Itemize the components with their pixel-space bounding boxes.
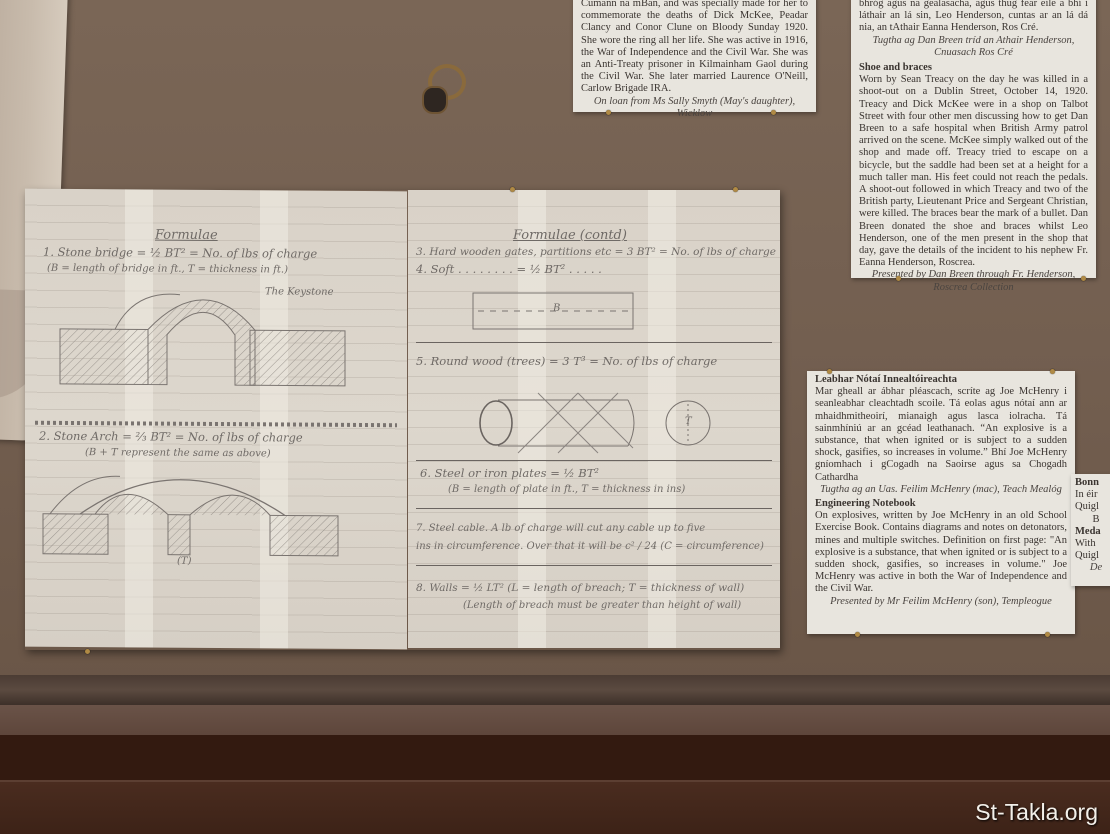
- watermark: St-Takla.org: [975, 799, 1098, 826]
- section-divider: [416, 342, 772, 345]
- partial-line: Meda: [1075, 526, 1110, 538]
- shoe-credit-2: Roscrea Collection: [859, 282, 1088, 294]
- ring-label-credit-1: On loan from Ms Sally Smyth (May's daugh…: [581, 96, 808, 108]
- formula-2-note: (B + T represent the same as above): [85, 447, 271, 459]
- ring-stone: [422, 86, 448, 114]
- arch-t-label: (T): [177, 556, 191, 567]
- formula-8: 8. Walls = ½ LT² (L = length of breach; …: [416, 582, 744, 594]
- stone-bridge-diagram: [55, 284, 355, 396]
- formula-1-note: (B = length of bridge in ft., T = thickn…: [47, 263, 288, 276]
- formula-7-line-1: 7. Steel cable. A lb of charge will cut …: [416, 523, 705, 534]
- eng-irish-body: Mar gheall ar ábhar pléascach, scríte ag…: [815, 386, 1067, 484]
- eng-heading: Engineering Notebook: [815, 498, 1067, 510]
- formula-7-line-2: ins in circumference. Over that it will …: [416, 541, 764, 552]
- partial-line: De: [1075, 562, 1110, 574]
- formula-6: 6. Steel or iron plates = ½ BT²: [420, 466, 599, 480]
- round-wood-t-label: T: [685, 416, 692, 427]
- wooden-gate-diagram: [468, 288, 658, 333]
- right-page-title: Formulae (contd): [513, 228, 627, 243]
- ring-label-body: Cumann na mBan, and was specially made f…: [581, 0, 808, 96]
- shoe-irish-credit-2: Cnuasach Ros Cré: [859, 47, 1088, 59]
- partial-label-card: Bonn In éir Quigl B Meda With Quigl De: [1071, 474, 1110, 586]
- notebook-left-page: Formulae 1. Stone bridge = ½ BT² = No. o…: [25, 189, 407, 650]
- shelf-front: [0, 735, 1110, 785]
- partial-line: In éir: [1075, 489, 1110, 501]
- shoe-irish-credit-1: Tugtha ag Dan Breen tríd an Athair Hende…: [859, 35, 1088, 47]
- gate-b-label: B: [553, 303, 560, 314]
- section-divider: [35, 421, 397, 428]
- section-divider: [416, 565, 772, 568]
- pin: [827, 369, 832, 374]
- pin: [771, 110, 776, 115]
- eng-irish-heading: Leabhar Nótaí Innealtóireachta: [815, 374, 1067, 386]
- shoe-irish-text: bhróg agus na gealasacha, agus thug fear…: [859, 0, 1088, 35]
- pin: [855, 632, 860, 637]
- pin: [1081, 276, 1086, 281]
- stone-arch-diagram: [40, 464, 340, 571]
- pin: [1050, 369, 1055, 374]
- engineering-notebook: Formulae 1. Stone bridge = ½ BT² = No. o…: [25, 190, 780, 650]
- formula-1: 1. Stone bridge = ½ BT² = No. of lbs of …: [43, 245, 317, 261]
- pin: [733, 187, 738, 192]
- engineering-notebook-label-card: Leabhar Nótaí Innealtóireachta Mar gheal…: [807, 371, 1075, 634]
- case-base: [0, 780, 1110, 834]
- partial-line: Quigl: [1075, 501, 1110, 513]
- partial-line: B: [1075, 514, 1110, 526]
- formula-6-note: (B = length of plate in ft., T = thickne…: [448, 484, 685, 495]
- partial-line: Bonn: [1075, 477, 1110, 489]
- shoe-body: Worn by Sean Treacy on the day he was ki…: [859, 74, 1088, 269]
- formula-5: 5. Round wood (trees) = 3 T³ = No. of lb…: [416, 354, 717, 368]
- shoe-credit-1: Presented by Dan Breen through Fr. Hende…: [859, 269, 1088, 281]
- pin: [85, 649, 90, 654]
- pin: [896, 276, 901, 281]
- formula-4: 4. Soft . . . . . . . . = ½ BT² . . . . …: [416, 262, 602, 276]
- ring-label-card: Cumann na mBan, and was specially made f…: [573, 0, 816, 112]
- shelf-top: [0, 705, 1110, 735]
- partial-line: With: [1075, 538, 1110, 550]
- partial-line: Quigl: [1075, 550, 1110, 562]
- left-page-title: Formulae: [155, 228, 218, 243]
- eng-irish-credit: Tugtha ag an Uas. Feilim McHenry (mac), …: [815, 484, 1067, 496]
- pin: [606, 110, 611, 115]
- pin: [510, 187, 515, 192]
- formula-3: 3. Hard wooden gates, partitions etc = 3…: [416, 246, 776, 258]
- formula-2: 2. Stone Arch = ⅔ BT² = No. of lbs of ch…: [39, 429, 303, 445]
- section-divider: [416, 460, 772, 463]
- notebook-right-page: Formulae (contd) 3. Hard wooden gates, p…: [408, 190, 780, 648]
- section-divider: [416, 508, 772, 511]
- eng-body: On explosives, written by Joe McHenry in…: [815, 510, 1067, 595]
- formula-8-note: (Length of breach must be greater than h…: [463, 600, 741, 611]
- shoe-heading: Shoe and braces: [859, 62, 1088, 74]
- case-ledge: [0, 675, 1110, 705]
- ring-artifact: [420, 62, 464, 114]
- pin: [1045, 632, 1050, 637]
- eng-credit: Presented by Mr Feilim McHenry (son), Te…: [815, 596, 1067, 608]
- shoe-braces-label-card: bhróg agus na gealasacha, agus thug fear…: [851, 0, 1096, 278]
